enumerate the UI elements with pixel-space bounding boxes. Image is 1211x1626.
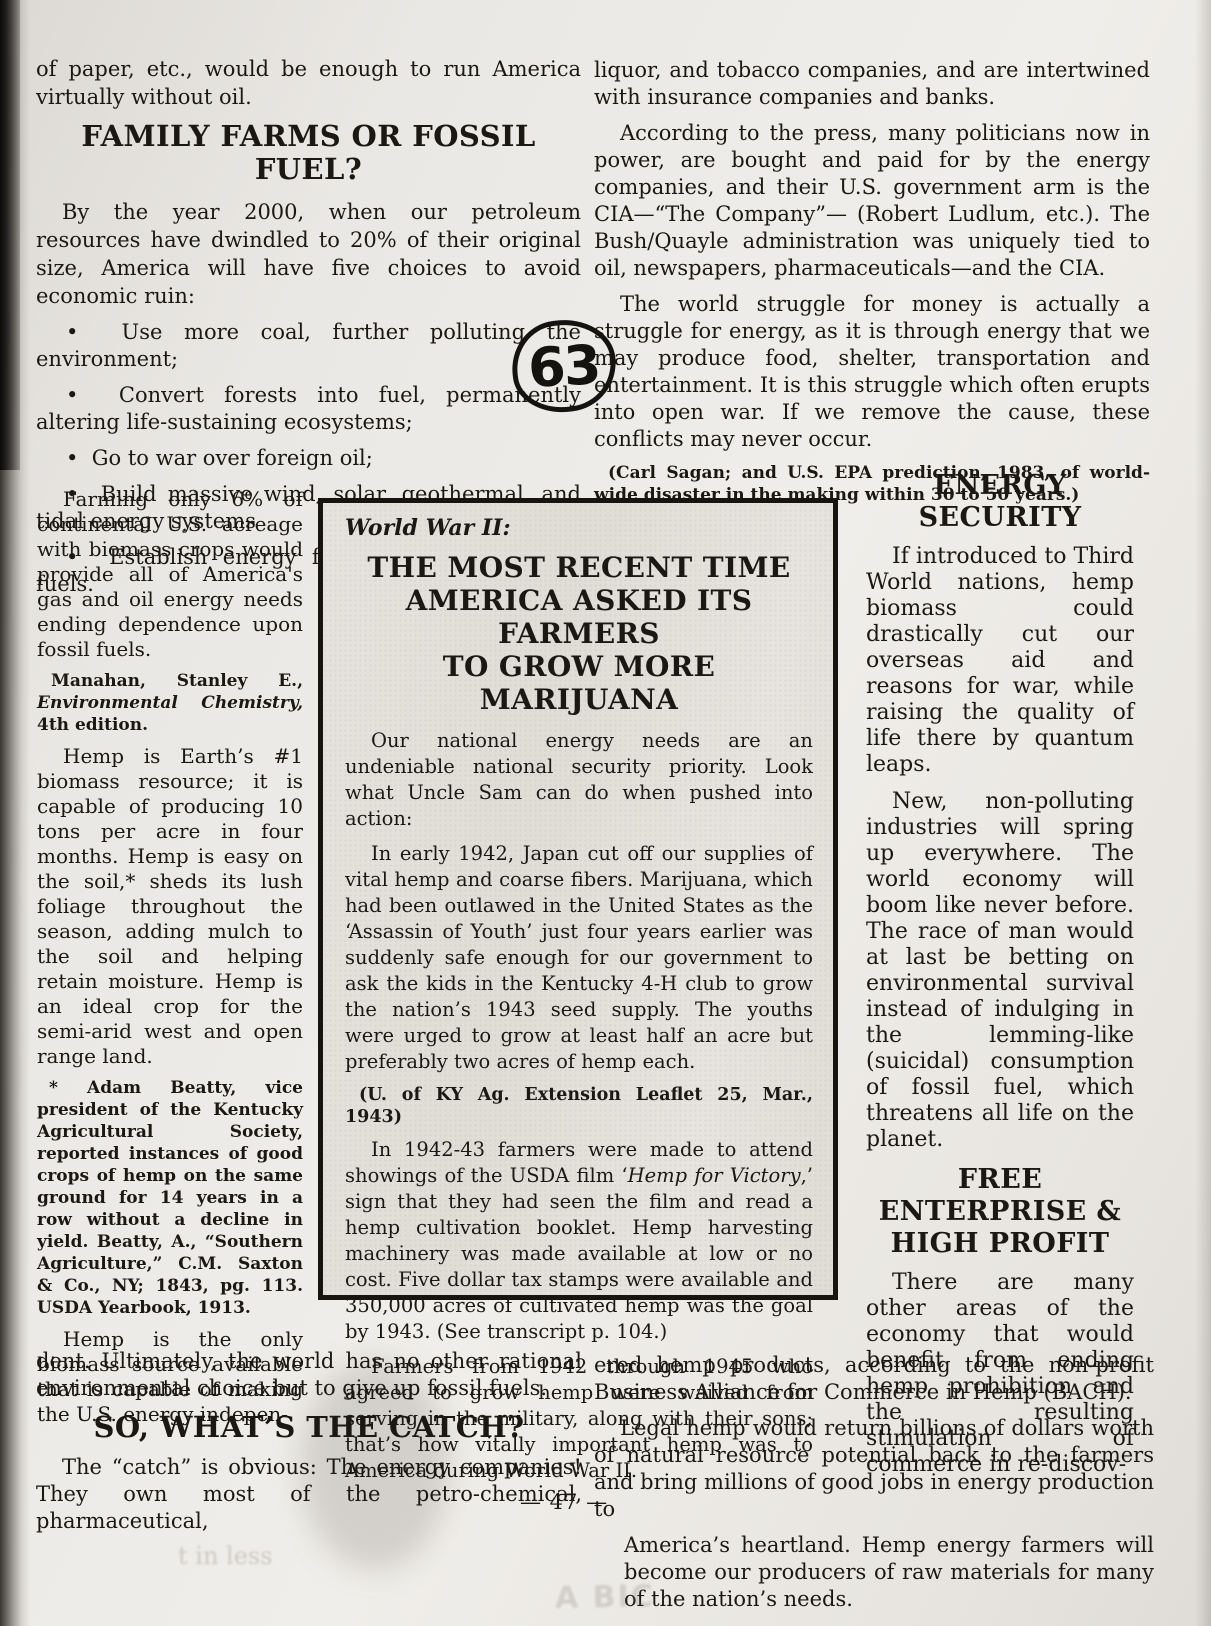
box-kicker: World War II:	[345, 515, 813, 541]
bottom-right-column: ered hemp products, according to the non…	[594, 1352, 1154, 1622]
bullet-icon: •	[66, 446, 78, 470]
citation-text: 4th edition.	[37, 715, 148, 735]
paragraph: The “catch” is obvious: The energy compa…	[36, 1454, 582, 1535]
paragraph: If introduced to Third World nations, he…	[866, 544, 1134, 778]
wwii-boxed-article: World War II: THE MOST RECENT TIME AMERI…	[318, 498, 838, 1300]
top-right-column: liquor, and tobacco companies, and are i…	[594, 57, 1150, 514]
bottom-left-column: dent. Ultimately, the world has no other…	[36, 1348, 582, 1544]
page-number: — 47 —	[520, 1490, 608, 1514]
box-title-line: AMERICA ASKED ITS FARMERS	[345, 584, 813, 650]
paragraph: Our national energy needs are an undenia…	[345, 728, 813, 832]
section-heading-whats-the-catch: SO, WHAT’S THE CATCH?	[36, 1411, 582, 1443]
paragraph: dent. Ultimately, the world has no other…	[36, 1348, 582, 1402]
paragraph: Farming only 6% of continental U.S. acre…	[37, 487, 303, 662]
list-item-text: Go to war over foreign oil;	[92, 446, 373, 470]
section-heading-energy-security: ENERGY SECURITY	[866, 470, 1134, 534]
citation-italic-title: Environmental Chemistry,	[37, 693, 303, 713]
paragraph: of paper, etc., would be enough to run A…	[36, 55, 581, 111]
middle-right-column: ENERGY SECURITY If introduced to Third W…	[866, 470, 1134, 1489]
paragraph: The world struggle for money is actually…	[594, 291, 1150, 453]
list-item: • Go to war over foreign oil;	[36, 445, 581, 472]
citation-text: Manahan, Stanley E.,	[51, 671, 303, 691]
list-item-text: Use more coal, further polluting the env…	[36, 320, 581, 371]
list-item-text: Convert forests into fuel, permanently a…	[36, 383, 581, 434]
bleed-through-text: A BIC	[555, 1579, 655, 1616]
scanned-book-page: of paper, etc., would be enough to run A…	[0, 0, 1211, 1626]
list-item: • Use more coal, further polluting the e…	[36, 319, 581, 373]
box-title: THE MOST RECENT TIME AMERICA ASKED ITS F…	[345, 551, 813, 716]
box-title-line: TO GROW MORE MARIJUANA	[345, 650, 813, 716]
middle-left-column: Farming only 6% of continental U.S. acre…	[37, 487, 303, 1435]
citation-ky-extension: (U. of KY Ag. Extension Leaflet 25, Mar.…	[345, 1084, 813, 1128]
paragraph: Hemp is Earth’s #1 biomass resource; it …	[37, 744, 303, 1069]
bleed-through-text: t in less	[178, 1542, 273, 1570]
paragraph: According to the press, many politicians…	[594, 120, 1150, 282]
section-heading-free-enterprise: FREE ENTERPRISE & HIGH PROFIT	[866, 1164, 1134, 1260]
paragraph: In early 1942, Japan cut off our supplie…	[345, 841, 813, 1075]
paragraph: In 1942-43 farmers were made to attend s…	[345, 1137, 813, 1345]
paragraph: liquor, and tobacco companies, and are i…	[594, 57, 1150, 111]
paragraph: New, non-polluting industries will sprin…	[866, 789, 1134, 1153]
film-title-hemp-for-victory: Hemp for Victory	[628, 1164, 801, 1187]
bullet-icon: •	[66, 320, 78, 344]
scan-edge-left-dark	[0, 0, 20, 470]
list-item: • Convert forests into fuel, permanently…	[36, 382, 581, 436]
scan-edge-right	[1195, 0, 1211, 1626]
box-title-line: THE MOST RECENT TIME	[345, 551, 813, 584]
paragraph: By the year 2000, when our petroleum res…	[36, 198, 581, 310]
paragraph-text: ,’ sign that they had seen the film and …	[345, 1164, 813, 1343]
paragraph: ered hemp products, according to the non…	[594, 1352, 1154, 1406]
handwritten-number-text: 63	[527, 333, 601, 400]
bullet-icon: •	[66, 383, 78, 407]
footnote-adam-beatty: * Adam Beatty, vice president of the Ken…	[37, 1077, 303, 1319]
citation-manahan: Manahan, Stanley E., Environmental Chemi…	[37, 670, 303, 736]
paragraph: Legal hemp would return billions of doll…	[594, 1415, 1154, 1523]
section-heading-family-farms: FAMILY FARMS OR FOSSIL FUEL?	[36, 120, 581, 186]
paragraph: America’s heartland. Hemp energy farmers…	[624, 1532, 1154, 1613]
